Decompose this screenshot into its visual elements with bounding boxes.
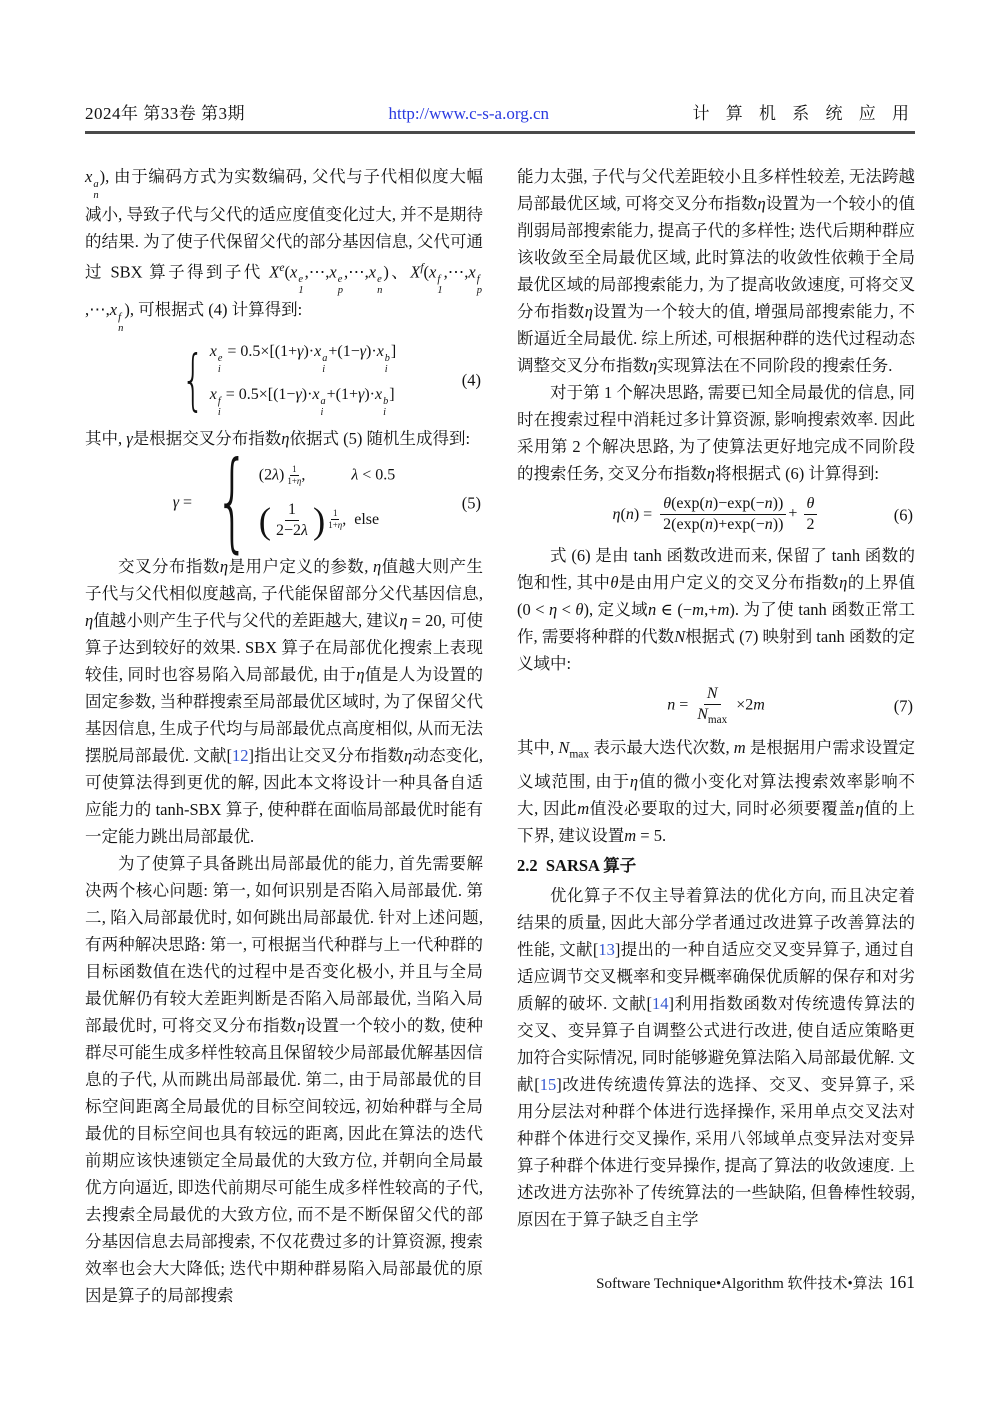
equation-7: n = NNmax ×2m (7) — [517, 684, 915, 727]
page-header: 2024年 第33卷 第3期 http://www.c-s-a.org.cn 计… — [85, 99, 915, 124]
journal-url-link[interactable]: http://www.c-s-a.org.cn — [388, 104, 549, 124]
right-column: 能力太强, 子代与父代差距较小且多样性较差, 无法跨越局部最优区域, 可将交叉分… — [517, 163, 915, 1309]
paragraph: 对于第 1 个解决思路, 需要已知全局最优的信息, 同时在搜索过程中消耗过多计算… — [517, 379, 915, 487]
equation-5-case1: (2λ)11+η,λ < 0.5 — [259, 464, 396, 486]
paragraph: 其中, γ是根据交叉分布指数η依据式 (5) 随机生成得到: — [85, 425, 483, 452]
page-number: 161 — [889, 1272, 915, 1292]
equation-number: (4) — [462, 366, 481, 393]
brace-glyph: { — [215, 459, 249, 545]
citation-14[interactable]: 14 — [652, 994, 669, 1013]
section-heading-2-2: 2.2 SARSA 算子 — [517, 852, 915, 879]
issue-info: 2024年 第33卷 第3期 — [85, 99, 245, 124]
page-footer: Software Technique•Algorithm 软件技术•算法161 — [85, 1272, 915, 1293]
equation-6-tail: + θ2 — [788, 494, 819, 535]
equation-7-body: n = NNmax ×2m — [667, 684, 765, 727]
equation-6-fraction: θ(exp(n)−exp(−n)) 2(exp(n)+exp(−n)) — [660, 494, 786, 535]
citation-13[interactable]: 13 — [598, 940, 615, 959]
paragraph: 交叉分布指数η是用户定义的参数, η值越大则产生子代与父代相似度越高, 子代能保… — [85, 553, 483, 850]
equation-5-lhs: γ = — [173, 489, 192, 516]
paragraph: 其中, Nmax 表示最大迭代次数, m 是根据用户需求设置定义域范围, 由于η… — [517, 734, 915, 849]
citation-12[interactable]: 12 — [232, 746, 249, 765]
equation-4: { xei = 0.5×[(1+γ)·xai+(1−γ)·xbi] xfi = … — [85, 341, 483, 418]
brace-glyph: { — [181, 350, 204, 409]
equation-6: η(n) = θ(exp(n)−exp(−n)) 2(exp(n)+exp(−n… — [517, 494, 915, 535]
paragraph: 优化算子不仅主导着算法的优化方向, 而且决定着结果的质量, 因此大部分学者通过改… — [517, 882, 915, 1233]
equation-4-line1: xei = 0.5×[(1+γ)·xai+(1−γ)·xbi] — [210, 341, 397, 375]
equation-number: (7) — [894, 692, 913, 719]
paragraph: 为了使算子具备跳出局部最优的能力, 首先需要解决两个核心问题: 第一, 如何识别… — [85, 850, 483, 1309]
equation-5-case2: (12−2λ)11+η, else — [259, 500, 379, 541]
paragraph: 式 (6) 是由 tanh 函数改进而来, 保留了 tanh 函数的饱和性, 其… — [517, 542, 915, 677]
equation-number: (6) — [894, 501, 913, 528]
equation-4-line2: xfi = 0.5×[(1−γ)·xai+(1+γ)·xbi] — [210, 384, 397, 418]
citation-15[interactable]: 15 — [540, 1075, 557, 1094]
equation-5: γ = { (2λ)11+η,λ < 0.5 (12−2λ)11+η, else… — [85, 459, 483, 545]
journal-title: 计 算 机 系 统 应 用 — [693, 99, 916, 124]
paragraph: xan), 由于编码方式为实数编码, 父代与子代相似度大幅减小, 导致子代与父代… — [85, 163, 483, 334]
footer-label: Software Technique•Algorithm 软件技术•算法 — [596, 1276, 883, 1292]
equation-6-lhs: η(n) = — [613, 501, 653, 528]
equation-number: (5) — [462, 489, 481, 516]
left-column: xan), 由于编码方式为实数编码, 父代与子代相似度大幅减小, 导致子代与父代… — [85, 163, 483, 1309]
article-body: xan), 由于编码方式为实数编码, 父代与子代相似度大幅减小, 导致子代与父代… — [85, 163, 915, 1309]
header-rule — [85, 131, 915, 134]
journal-page: 2024年 第33卷 第3期 http://www.c-s-a.org.cn 计… — [0, 0, 992, 1403]
paragraph: 能力太强, 子代与父代差距较小且多样性较差, 无法跨越局部最优区域, 可将交叉分… — [517, 163, 915, 379]
